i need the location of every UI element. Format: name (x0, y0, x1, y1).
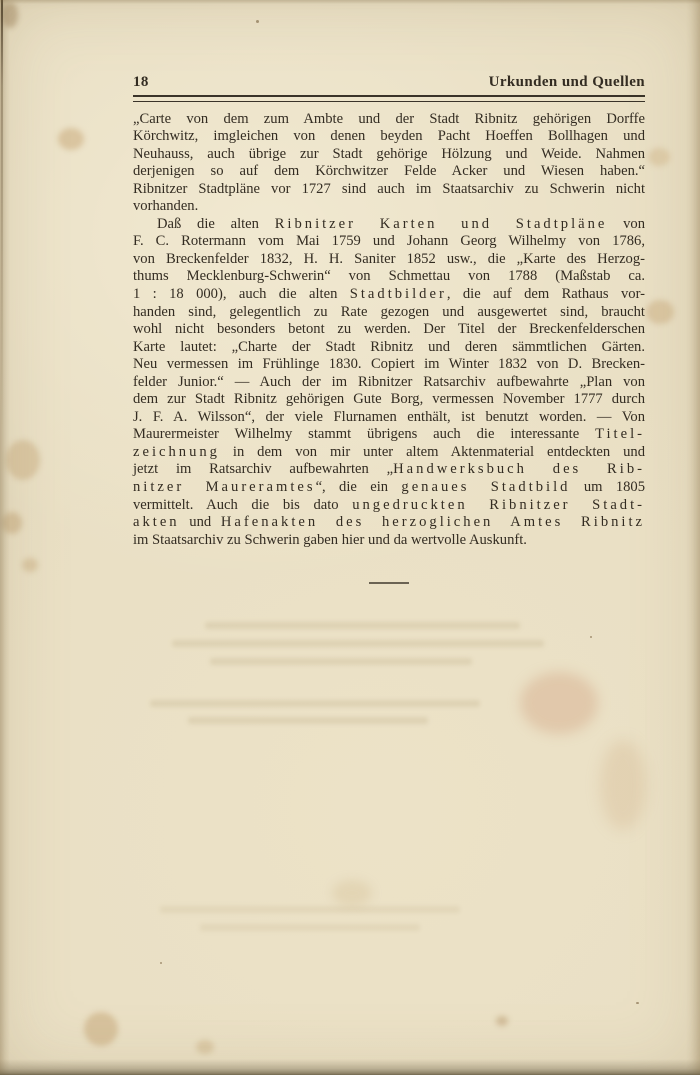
page-bottom-edge (0, 1059, 700, 1075)
text-line: Maurermeister Wilhelmy stammt übrigens a… (133, 426, 645, 444)
body-text: , die auf dem Rathaus vor- (447, 286, 645, 302)
body-text: im Staatsarchiv zu Schwerin gaben hier u… (133, 532, 527, 548)
text-line: handen sind, gelegentlich zu Rate gezoge… (133, 304, 645, 322)
letterspaced-text: Titel- (595, 426, 645, 442)
page-left-edge-line (1, 0, 3, 430)
stain (496, 1016, 508, 1026)
section-divider-rule (369, 582, 409, 584)
stain (84, 1012, 118, 1046)
ink-speck (256, 20, 259, 23)
page-body: „Carte von dem zum Ambte und der Stadt R… (133, 111, 645, 550)
stain (332, 880, 372, 906)
text-line: akten und Hafenakten des herzoglichen Am… (133, 514, 645, 532)
body-text: derjenigen so auf dem Körchwitzer Felde … (133, 163, 645, 179)
body-text: F. C. Rotermann vom Mai 1759 und Johann … (133, 233, 645, 249)
letterspaced-text: Ribnitzer Karten und Stadtpläne (275, 216, 608, 232)
body-text: J. F. A. Wilsson“, der viele Flurnamen e… (133, 409, 645, 425)
stain (6, 440, 40, 480)
text-line: dem zur Stadt Ribnitz gehörigen Gute Bor… (133, 391, 645, 409)
stain (58, 128, 84, 150)
text-line: jetzt im Ratsarchiv aufbewahrten „Handwe… (133, 461, 645, 479)
body-text: felder Junior.“ — Auch der im Ribnitzer … (133, 374, 645, 390)
page-number: 18 (133, 74, 149, 91)
text-line: im Staatsarchiv zu Schwerin gaben hier u… (133, 532, 645, 550)
body-text: „Carte von dem zum Ambte und der Stadt R… (133, 111, 645, 127)
showthrough-line (205, 622, 520, 629)
showthrough-line (172, 640, 544, 647)
letterspaced-text: zeichnung (133, 444, 220, 460)
body-text: 1 : 18 000), auch die alten (133, 286, 350, 302)
scanned-book-page: 18 Urkunden und Quellen „Carte von dem z… (0, 0, 700, 1075)
page-right-edge (686, 0, 700, 1075)
body-text: um 1805 (570, 479, 645, 495)
text-line: wohl nicht besonders betont zu werden. D… (133, 321, 645, 339)
showthrough-line (150, 700, 480, 707)
text-line: von Breckenfelder 1832, H. H. Saniter 18… (133, 251, 645, 269)
stain (520, 672, 598, 734)
text-line: Karte lautet: „Charte der Stadt Ribnitz … (133, 339, 645, 357)
body-text: in dem von mir unter altem Aktenmaterial… (220, 444, 645, 460)
stain (600, 740, 646, 830)
body-text: Daß die alten (157, 216, 275, 232)
body-text: von Breckenfelder 1832, H. H. Saniter 18… (133, 251, 645, 267)
showthrough-line (200, 924, 420, 931)
text-line: J. F. A. Wilsson“, der viele Flurnamen e… (133, 409, 645, 427)
letterspaced-text: genaues Stadtbild (401, 479, 570, 495)
body-text: Körchwitz, imgleichen von denen beyden P… (133, 128, 645, 144)
stain (648, 148, 670, 166)
page-top-edge (0, 0, 700, 4)
letterspaced-text: Stadtbilder (350, 286, 447, 302)
text-line: Neuhauss, auch übrige zur Stadt gehörige… (133, 146, 645, 164)
text-line: nitzer Maureramtes“, die ein genaues Sta… (133, 479, 645, 497)
body-text: vermittelt. Auch die bis dato (133, 497, 352, 513)
letterspaced-text: akten (133, 514, 180, 530)
letterspaced-text: ungedruckten Ribnitzer Stadt- (352, 497, 645, 513)
body-text: Maurermeister Wilhelmy stammt übrigens a… (133, 426, 595, 442)
letterspaced-text: Hafenakten des herzoglichen Amtes Ribnit… (221, 514, 645, 530)
body-text: dem zur Stadt Ribnitz gehörigen Gute Bor… (133, 391, 645, 407)
showthrough-line (188, 717, 428, 724)
showthrough-line (210, 658, 472, 665)
text-line: Daß die alten Ribnitzer Karten und Stadt… (133, 216, 645, 234)
text-line: „Carte von dem zum Ambte und der Stadt R… (133, 111, 645, 129)
text-line: vorhanden. (133, 198, 645, 216)
body-text: vorhanden. (133, 198, 198, 214)
text-line: derjenigen so auf dem Körchwitzer Felde … (133, 163, 645, 181)
text-line: Ribnitzer Stadtpläne vor 1727 sind auch … (133, 181, 645, 199)
running-title: Urkunden und Quellen (489, 74, 645, 91)
stain (22, 558, 38, 572)
letterspaced-text: Handwerksbuch des Rib- (393, 461, 645, 477)
page-content: 18 Urkunden und Quellen „Carte von dem z… (133, 74, 645, 549)
body-text: wohl nicht besonders betont zu werden. D… (133, 321, 645, 337)
text-line: thums Mecklenburg-Schwerin“ von Schmetta… (133, 268, 645, 286)
stain (196, 1040, 214, 1054)
body-text: Ribnitzer Stadtpläne vor 1727 sind auch … (133, 181, 645, 197)
ink-speck (590, 636, 592, 638)
body-text: Karte lautet: „Charte der Stadt Ribnitz … (133, 339, 645, 355)
ink-speck (636, 1002, 639, 1004)
body-text: thums Mecklenburg-Schwerin“ von Schmetta… (133, 268, 645, 284)
text-line: felder Junior.“ — Auch der im Ribnitzer … (133, 374, 645, 392)
header-double-rule (133, 95, 645, 102)
body-text: Neuhauss, auch übrige zur Stadt gehörige… (133, 146, 645, 162)
text-line: Körchwitz, imgleichen von denen beyden P… (133, 128, 645, 146)
text-line: Neu vermessen im Frühlinge 1830. Copiert… (133, 356, 645, 374)
page-header: 18 Urkunden und Quellen (133, 74, 645, 91)
text-line: F. C. Rotermann vom Mai 1759 und Johann … (133, 233, 645, 251)
text-line: vermittelt. Auch die bis dato ungedruckt… (133, 497, 645, 515)
text-line: 1 : 18 000), auch die alten Stadtbilder,… (133, 286, 645, 304)
body-text: jetzt im Ratsarchiv aufbewahrten „ (133, 461, 393, 477)
stain (646, 300, 674, 324)
body-text: von (607, 216, 645, 232)
body-text: Neu vermessen im Frühlinge 1830. Copiert… (133, 356, 645, 372)
body-text: “, die ein (316, 479, 402, 495)
showthrough-line (160, 906, 460, 913)
body-text: und (180, 514, 221, 530)
body-text: handen sind, gelegentlich zu Rate gezoge… (133, 304, 645, 320)
text-line: zeichnung in dem von mir unter altem Akt… (133, 444, 645, 462)
ink-speck (160, 962, 162, 964)
letterspaced-text: nitzer Maureramtes (133, 479, 316, 495)
